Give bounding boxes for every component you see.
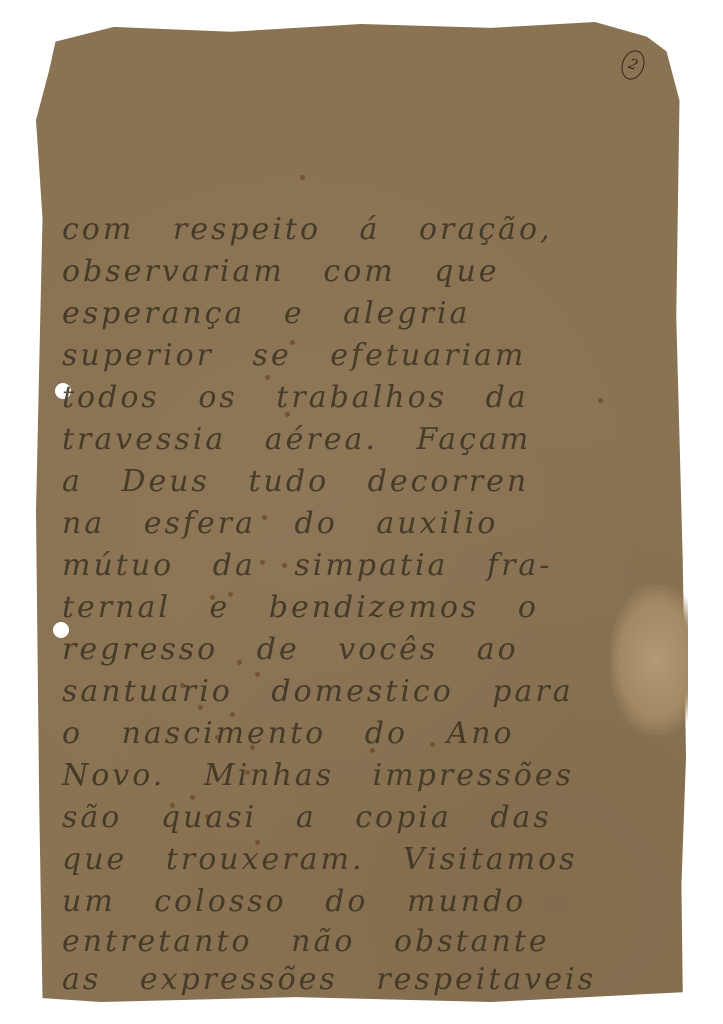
text-line: superior se efetuariam: [62, 338, 682, 373]
text-line: na esfera do auxilio: [62, 506, 682, 541]
text-line: a Deus tudo decorren: [62, 464, 682, 499]
text-line: que trouxeram. Visitamos: [62, 842, 682, 877]
text-line: mútuo da simpatia fra-: [62, 548, 682, 583]
text-line: regresso de vocês ao: [62, 632, 682, 667]
text-line: um colosso do mundo: [62, 884, 682, 919]
text-line: as expressões respeitaveis: [62, 962, 682, 997]
text-line: observariam com que: [62, 254, 682, 289]
text-line: esperança e alegria: [62, 296, 682, 331]
text-line: travessia aérea. Façam: [62, 422, 682, 457]
text-line: são quasi a copia das: [62, 800, 682, 835]
text-line: todos os trabalhos da: [62, 380, 682, 415]
text-line: entretanto não obstante: [62, 924, 682, 959]
text-line: santuario domestico para: [62, 674, 682, 709]
text-line: com respeito á oração,: [62, 212, 682, 247]
text-line: o nascimento do Ano: [62, 716, 682, 751]
text-line: Novo. Minhas impressões: [62, 758, 682, 793]
text-line: ternal e bendizemos o: [62, 590, 682, 625]
